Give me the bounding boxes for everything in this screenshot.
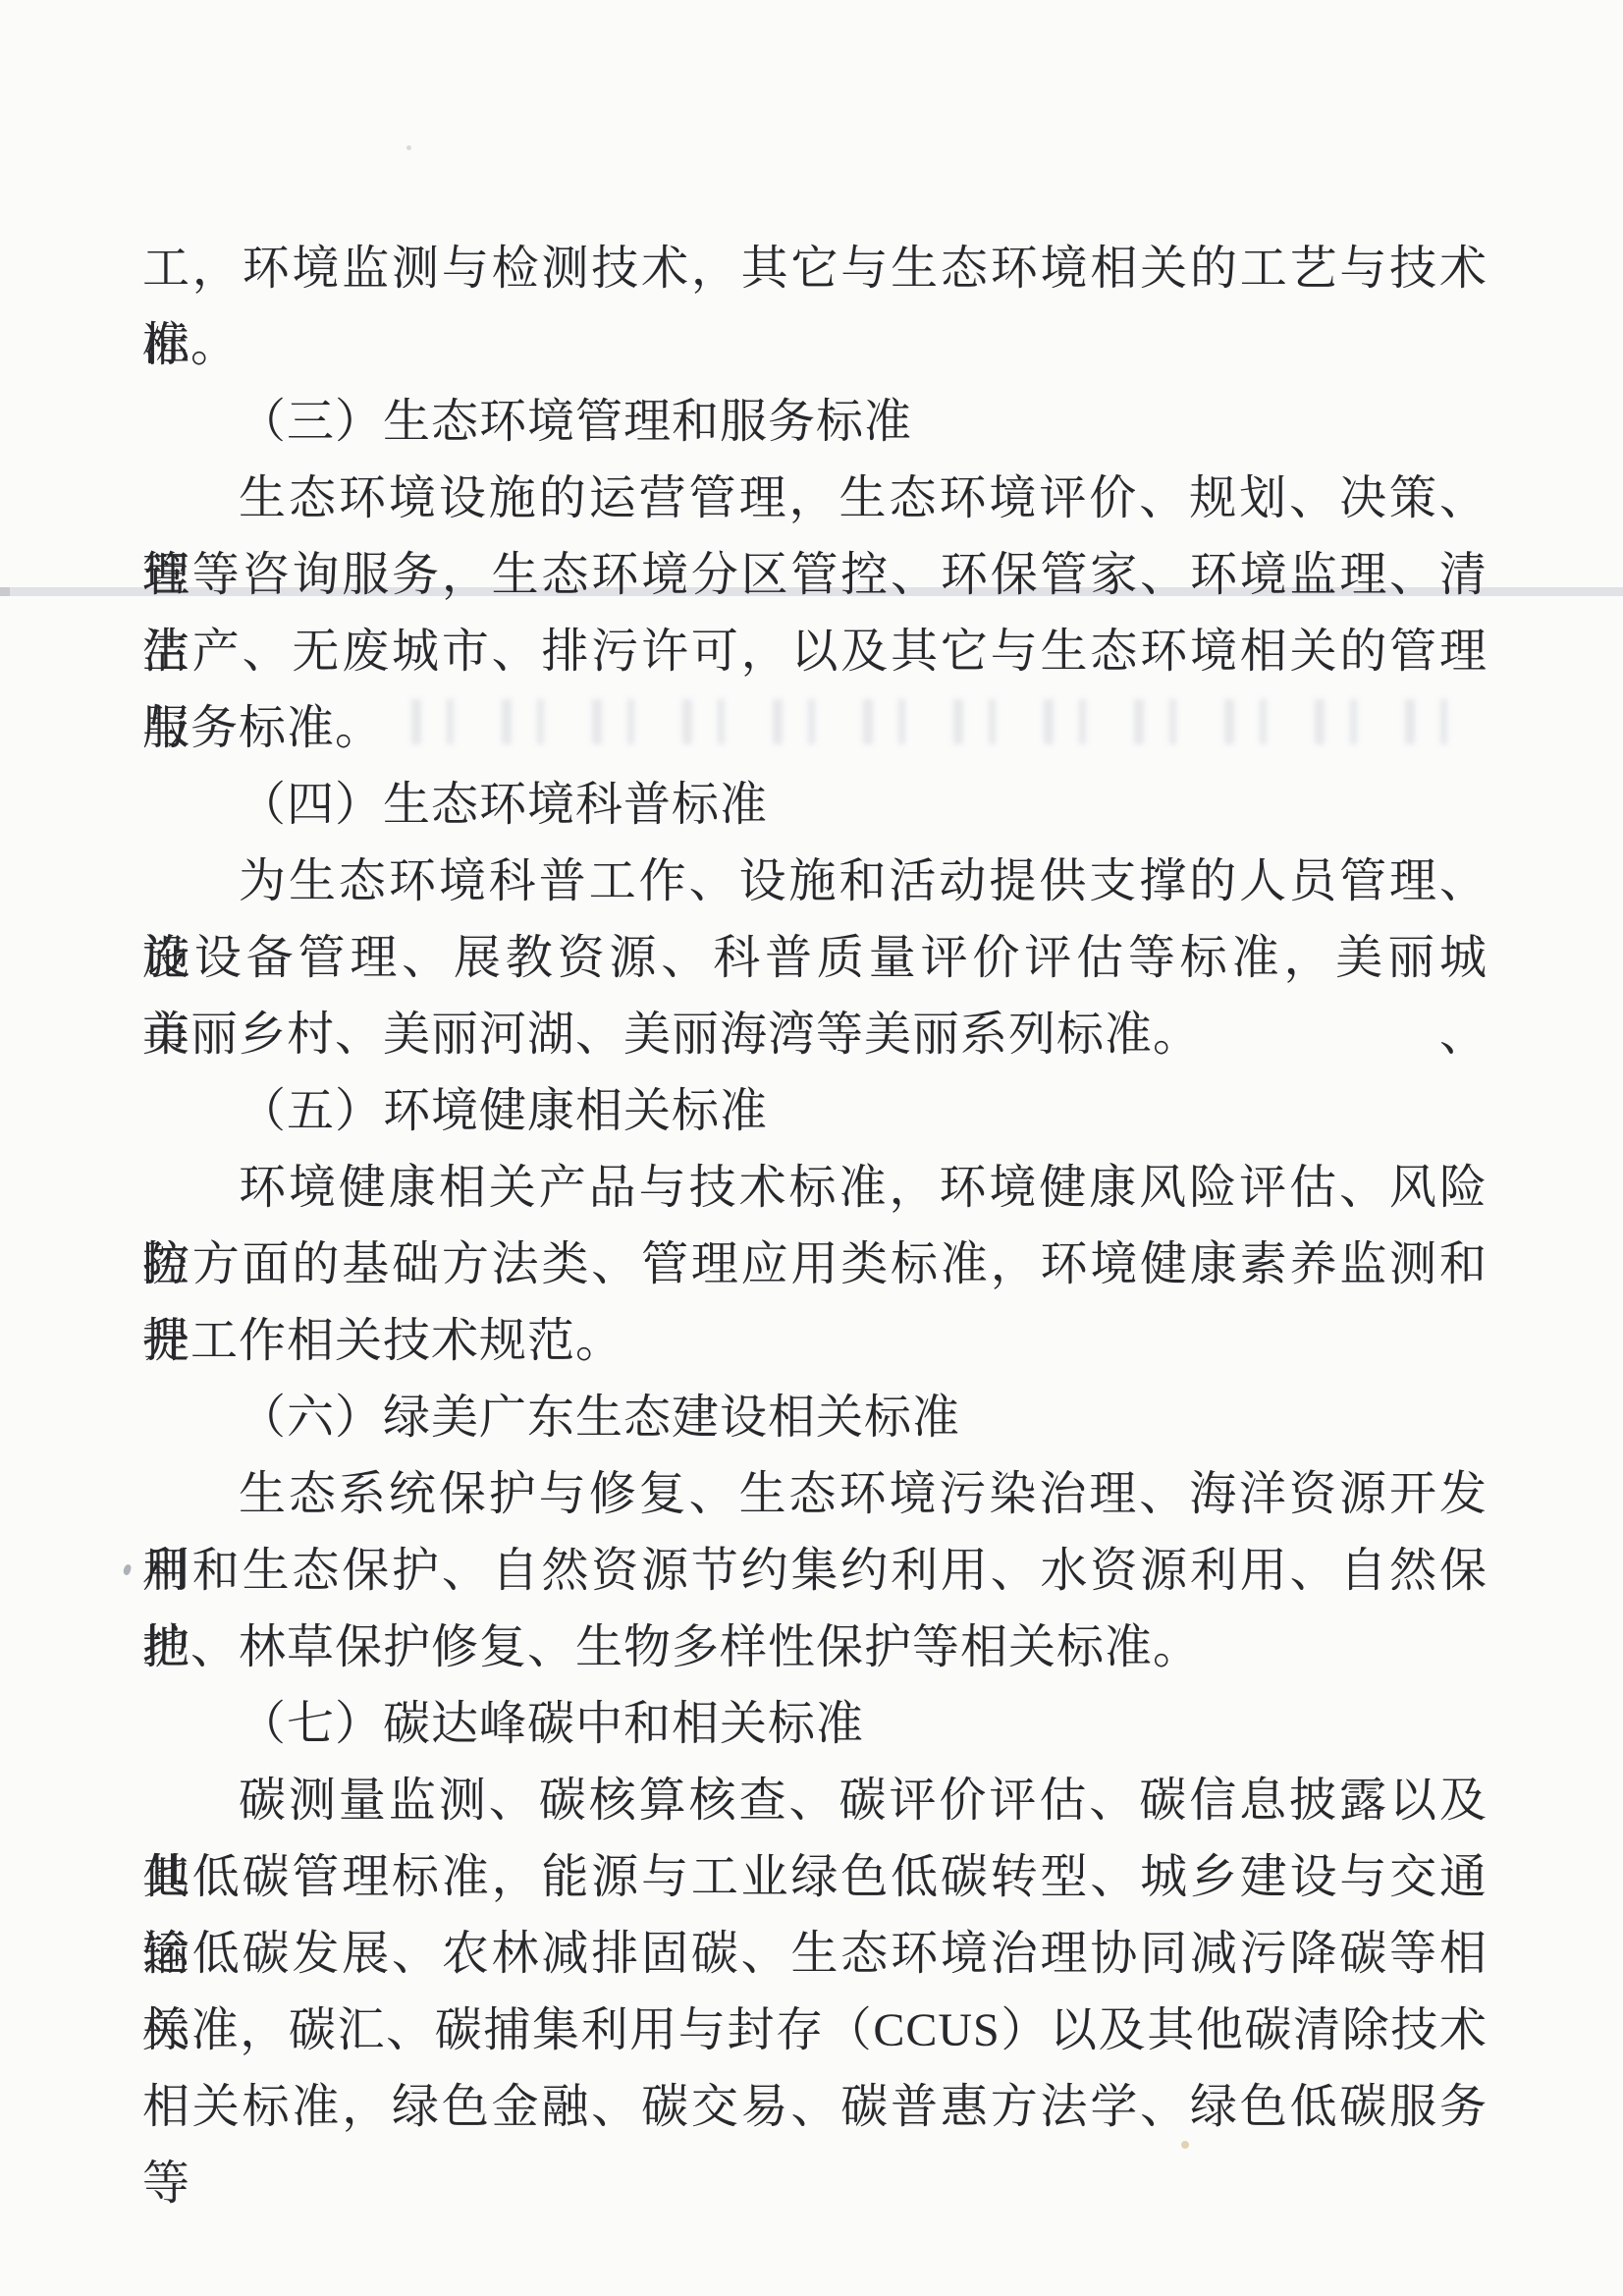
text-line-6: 生产、无废城市、排污许可，以及其它与生态环境相关的管理与	[142, 614, 1488, 690]
text-line-21: 碳测量监测、碳核算核查、碳评价评估、碳信息披露以及其	[142, 1763, 1488, 1839]
text-line-15: 升工作相关技术规范。	[142, 1303, 1488, 1380]
text-line-17: 生态系统保护与修复、生态环境污染治理、海洋资源开发利	[142, 1456, 1488, 1533]
text-line-12: （五）环境健康相关标准	[142, 1073, 1488, 1150]
text-line-9: 为生态环境科普工作、设施和活动提供支撑的人员管理、设	[142, 844, 1488, 920]
text-line-2: 准。	[142, 307, 1488, 384]
scanned-document-page: 工，环境监测与检测技术，其它与生态环境相关的工艺与技术标准。（三）生态环境管理和…	[0, 0, 1623, 2296]
text-line-23: 输低碳发展、农林减排固碳、生态环境治理协同减污降碳等相关	[142, 1916, 1488, 1993]
text-line-4: 生态环境设施的运营管理，生态环境评价、规划、决策、管	[142, 461, 1488, 537]
text-line-3: （三）生态环境管理和服务标准	[142, 384, 1488, 461]
text-line-25: 相关标准，绿色金融、碳交易、碳普惠方法学、绿色低碳服务等	[142, 2069, 1488, 2146]
text-line-10: 施设备管理、展教资源、科普质量评价评估等标准，美丽城市、	[142, 920, 1488, 997]
text-line-14: 控方面的基础方法类、管理应用类标准，环境健康素养监测和提	[142, 1227, 1488, 1303]
scan-speck	[406, 145, 411, 150]
text-line-24: 标准，碳汇、碳捕集利用与封存（CCUS）以及其他碳清除技术	[142, 1993, 1488, 2069]
text-line-5: 理等咨询服务，生态环境分区管控、环保管家、环境监理、清洁	[142, 537, 1488, 614]
text-line-22: 他低碳管理标准，能源与工业绿色低碳转型、城乡建设与交通运	[142, 1839, 1488, 1916]
text-line-18: 用和生态保护、自然资源节约集约利用、水资源利用、自然保护	[142, 1533, 1488, 1610]
text-line-20: （七）碳达峰碳中和相关标准	[142, 1686, 1488, 1763]
text-line-1: 工，环境监测与检测技术，其它与生态环境相关的工艺与技术标	[142, 231, 1488, 307]
text-line-13: 环境健康相关产品与技术标准，环境健康风险评估、风险防	[142, 1150, 1488, 1227]
text-line-16: （六）绿美广东生态建设相关标准	[142, 1380, 1488, 1456]
text-line-7: 服务标准。	[142, 690, 1488, 767]
document-text-block: 工，环境监测与检测技术，其它与生态环境相关的工艺与技术标准。（三）生态环境管理和…	[142, 231, 1488, 2146]
text-line-8: （四）生态环境科普标准	[142, 767, 1488, 844]
text-line-19: 地、林草保护修复、生物多样性保护等相关标准。	[142, 1610, 1488, 1686]
scan-speck	[123, 1563, 132, 1575]
